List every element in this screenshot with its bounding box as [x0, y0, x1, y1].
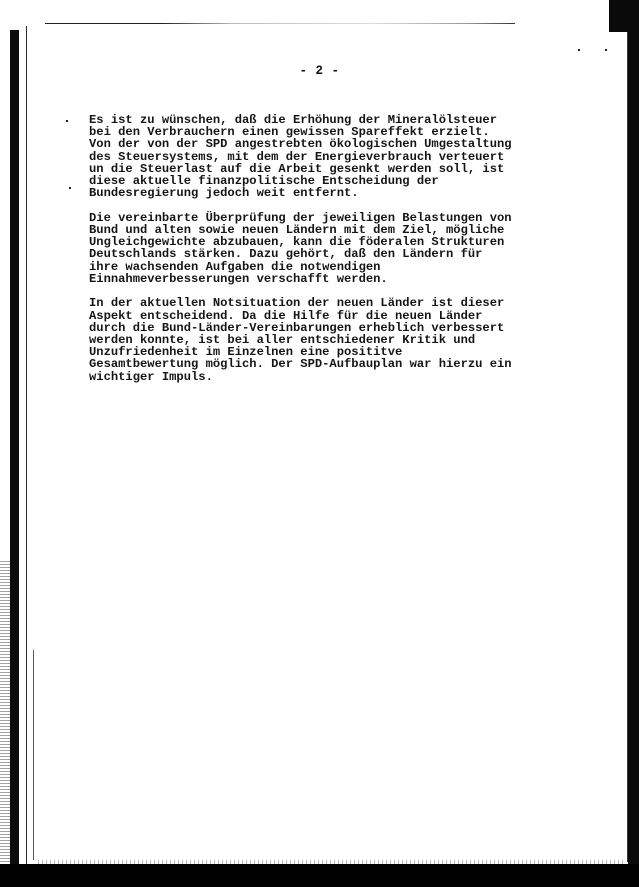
- text-line: Einnahmeverbesserungen verschafft werden…: [89, 272, 388, 286]
- scan-left-edge-line: [26, 26, 27, 864]
- scan-left-border: [10, 30, 19, 864]
- scan-left-edge-line-secondary: [33, 650, 34, 860]
- scan-speck: [66, 120, 68, 122]
- scan-speck: [578, 49, 580, 51]
- text-line: Bundesregierung jedoch weit entfernt.: [89, 186, 359, 200]
- paragraph-belastungen: Die vereinbarte Überprüfung der jeweilig…: [89, 212, 529, 285]
- scan-top-edge-line: [45, 23, 515, 24]
- scan-speck: [69, 187, 71, 189]
- page-number: - 2 -: [0, 64, 639, 78]
- paragraph-notsituation: In der aktuellen Notsituation der neuen …: [89, 297, 529, 382]
- scan-bottom-border: [0, 864, 639, 887]
- scanned-page: - 2 - Es ist zu wünschen, daß die Erhöhu…: [0, 0, 639, 887]
- text-line: wichtiger Impuls.: [89, 370, 213, 384]
- scan-right-edge-line: [627, 32, 628, 862]
- paragraph-mineraloelsteuer: Es ist zu wünschen, daß die Erhöhung der…: [89, 114, 529, 199]
- scan-speck: [605, 49, 607, 51]
- document-body: Es ist zu wünschen, daß die Erhöhung der…: [89, 114, 529, 395]
- scan-right-border: [628, 0, 639, 887]
